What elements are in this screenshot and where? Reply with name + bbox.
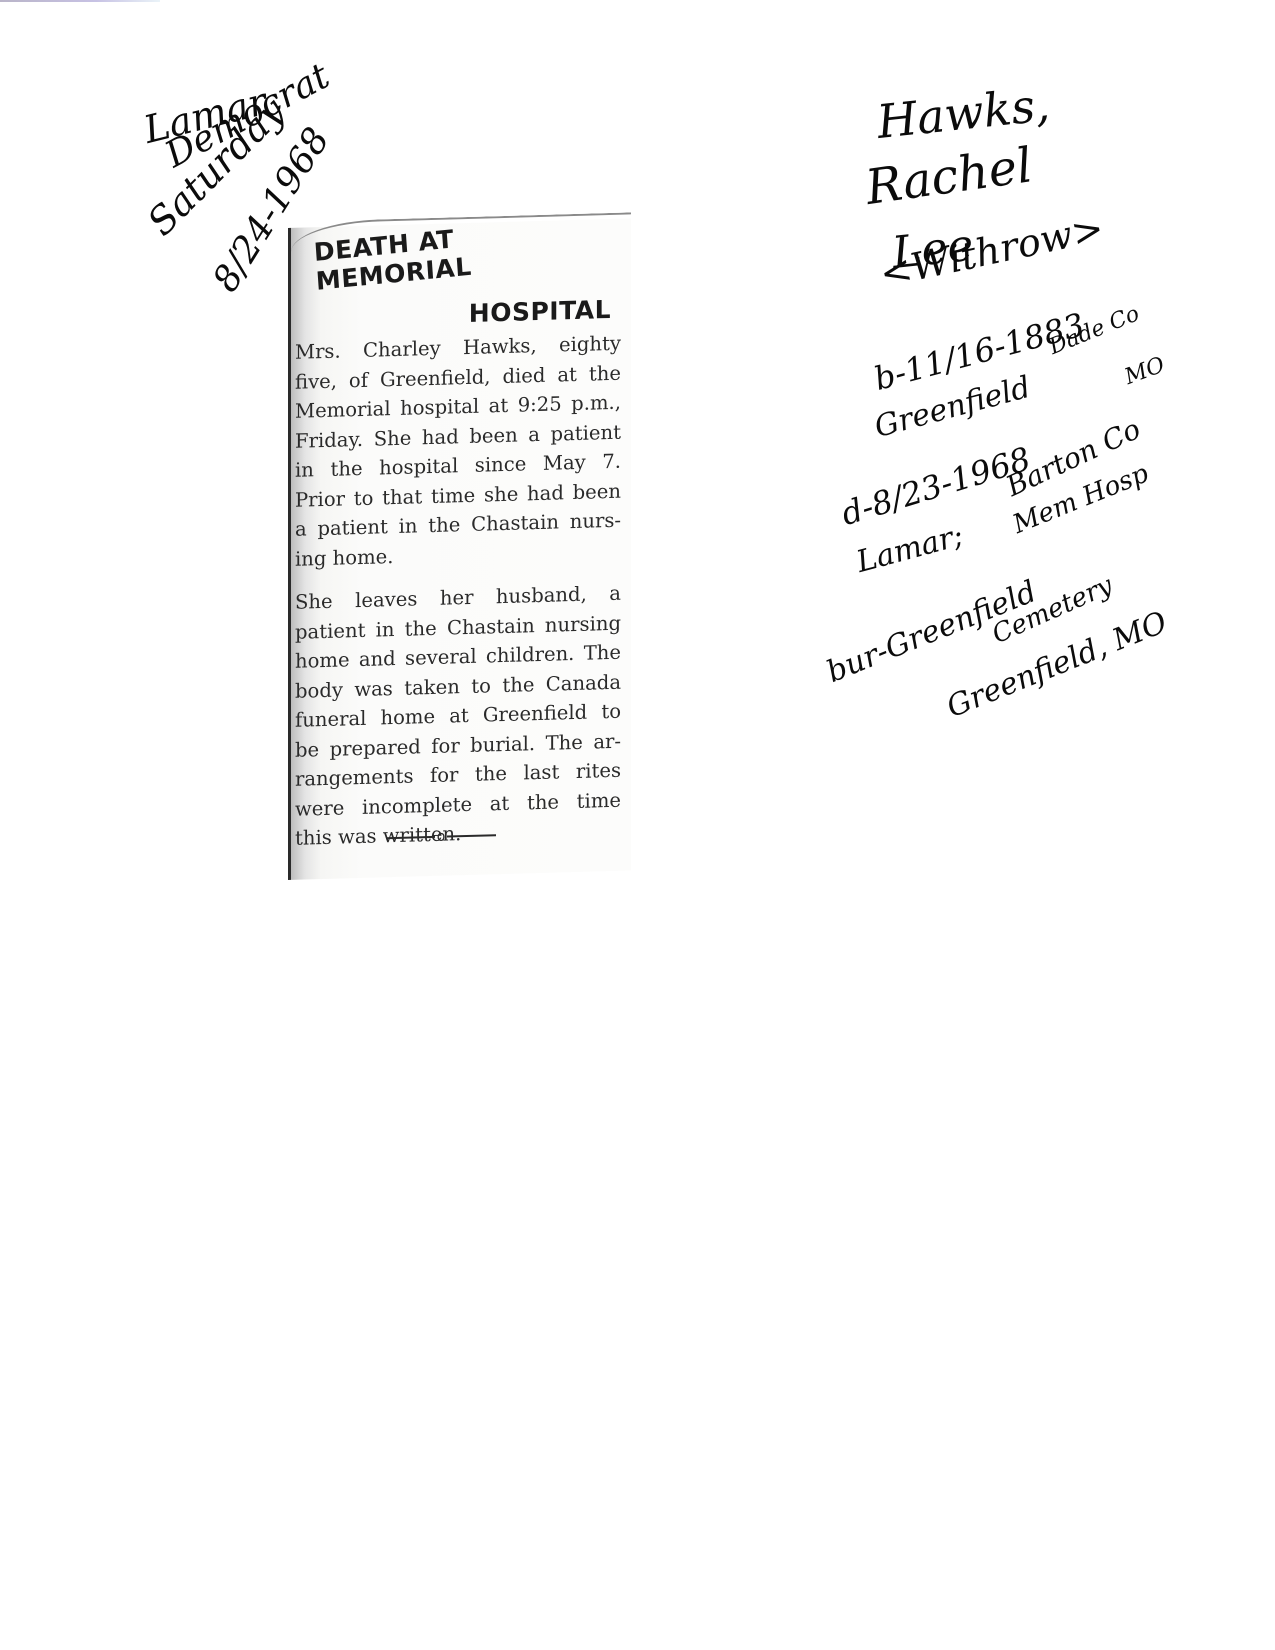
handwritten-maiden-name: <Withrow> xyxy=(876,206,1108,296)
newspaper-clipping: DEATH AT MEMORIAL HOSPITAL Mrs. Charley … xyxy=(288,218,631,880)
paragraph-2: She leaves her husband, apatient in the … xyxy=(295,579,621,854)
end-mark-circle: o xyxy=(437,830,446,844)
handwritten-death-date: d-8/23-1968 xyxy=(837,440,1035,533)
clipping-body: Mrs. Charley Hawks, eightyfive, of Green… xyxy=(295,329,621,854)
headline-line-2: HOSPITAL xyxy=(297,295,617,333)
handwritten-death-place: Lamar; xyxy=(853,518,967,580)
handwritten-given-name: Rachel xyxy=(862,137,1036,216)
scan-edge xyxy=(0,0,160,2)
handwritten-birth-state: MO xyxy=(1121,353,1168,390)
clipping-headline: DEATH AT MEMORIAL HOSPITAL xyxy=(297,231,617,333)
paragraph-1: Mrs. Charley Hawks, eightyfive, of Green… xyxy=(295,329,621,574)
